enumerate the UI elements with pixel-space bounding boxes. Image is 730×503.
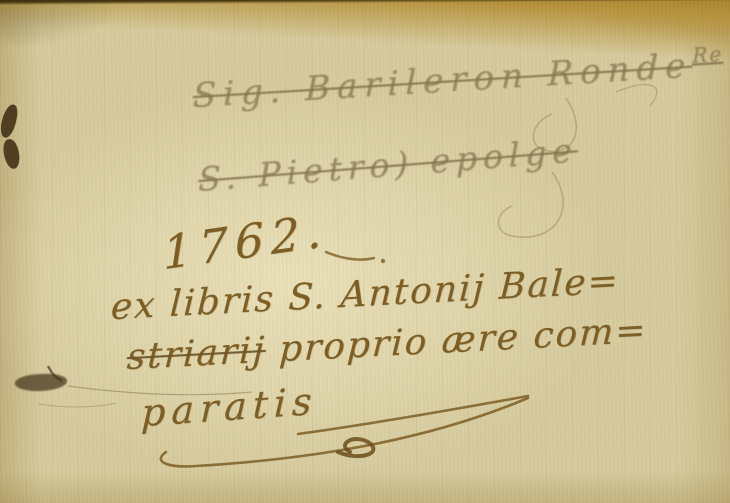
ink-blot-bottom — [2, 138, 21, 170]
ex-libris-line-2-struck-word: striarij — [126, 330, 267, 378]
struck-inscription-1-text: Sig. Barileron Ronde — [193, 45, 693, 116]
ex-libris-line-2-rest: proprio ære com= — [265, 310, 649, 371]
year-tail-dot — [381, 259, 385, 263]
year-tail-flourish — [326, 252, 374, 260]
ink-blot-top — [0, 103, 19, 139]
struck-inscription-1: Sig. Barileron RondeRe — [193, 42, 724, 117]
signature-flourish-loop — [338, 439, 373, 456]
ink-smudge — [15, 373, 68, 392]
signature-flourish-upper — [298, 396, 528, 434]
smudge-tail-lower — [38, 403, 116, 407]
year-inscription: 1762. — [162, 203, 329, 280]
ex-libris-line-3: paratis — [140, 379, 318, 436]
struck-inscription-2: S. Pietro) epolge — [198, 130, 578, 199]
struck-inscription-1-superscript: Re — [692, 42, 723, 68]
line2-descender-flourish — [498, 172, 563, 237]
page-top-edge — [0, 0, 730, 5]
manuscript-photo: Sig. Barileron RondeRe S. Pietro) epolge… — [0, 0, 730, 503]
